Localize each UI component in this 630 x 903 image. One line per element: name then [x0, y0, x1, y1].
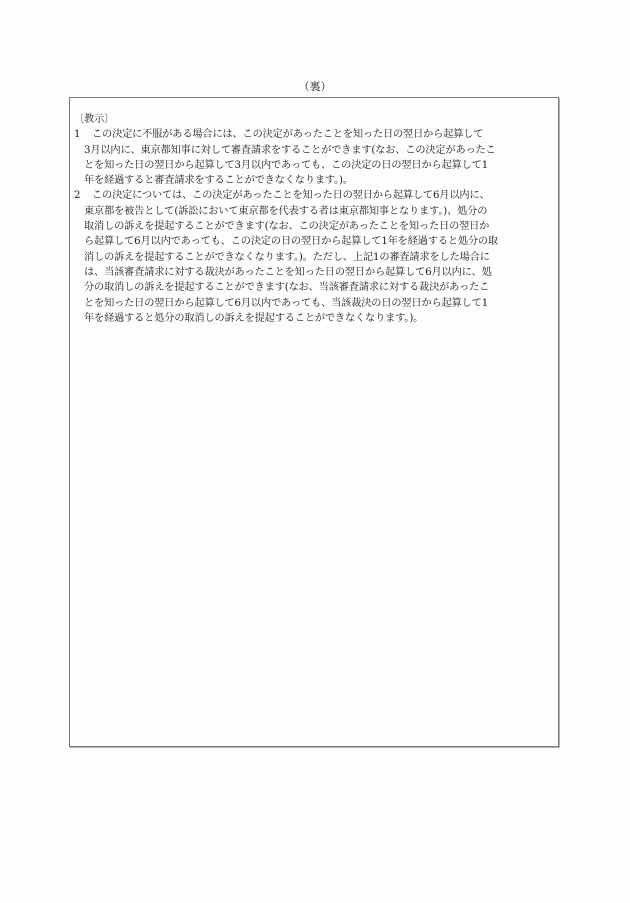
item-line: 3月以内に、東京都知事に対して審査請求をすることができます(なお、この決定があっ… [74, 143, 554, 158]
item-line: 東京都を被告として(訴訟において東京都を代表する者は東京都知事となります。)、処… [74, 204, 554, 219]
section-label: 〔教示〕 [74, 112, 554, 127]
item-line: 2この決定については、この決定があったことを知った日の翌日から起算して6月以内に… [74, 188, 554, 203]
item-line: とを知った日の翌日から起算して3月以内であっても、この決定の日の翌日から起算して… [74, 158, 554, 173]
item-line: 分の取消しの訴えを提起することができます(なお、当該審査請求に対する裁決があった… [74, 280, 554, 295]
item-line: 1この決定に不服がある場合には、この決定があったことを知った日の翌日から起算して [74, 127, 554, 142]
item-line: 年を経過すると審査請求をすることができなくなります。)。 [74, 173, 554, 188]
item-line: は、当該審査請求に対する裁決があったことを知った日の翌日から起算して6月以内に、… [74, 265, 554, 280]
item-line: 取消しの訴えを提起することができます(なお、この決定があったことを知った日の翌日… [74, 219, 554, 234]
item-line: とを知った日の翌日から起算して6月以内であっても、当該裁決の日の翌日から起算して… [74, 296, 554, 311]
item-number: 2 [74, 188, 92, 203]
item-line: 消しの訴えを提起することができなくなります。)。ただし、上記1の審査請求をした場… [74, 250, 554, 265]
item-line: 年を経過すると処分の取消しの訴えを提起することができなくなります。)。 [74, 311, 554, 326]
instruction-item-1: 1この決定に不服がある場合には、この決定があったことを知った日の翌日から起算して… [74, 127, 554, 188]
instruction-frame: 〔教示〕 1この決定に不服がある場合には、この決定があったことを知った日の翌日か… [69, 97, 559, 747]
item-text: この決定については、この決定があったことを知った日の翌日から起算して6月以内に、 [92, 190, 489, 201]
instruction-content: 〔教示〕 1この決定に不服がある場合には、この決定があったことを知った日の翌日か… [74, 112, 554, 326]
item-number: 1 [74, 127, 92, 142]
page-heading: （裏） [0, 80, 630, 94]
instruction-item-2: 2この決定については、この決定があったことを知った日の翌日から起算して6月以内に… [74, 188, 554, 326]
item-line: ら起算して6月以内であっても、この決定の日の翌日から起算して1年を経過すると処分… [74, 234, 554, 249]
item-text: この決定に不服がある場合には、この決定があったことを知った日の翌日から起算して [92, 129, 483, 140]
